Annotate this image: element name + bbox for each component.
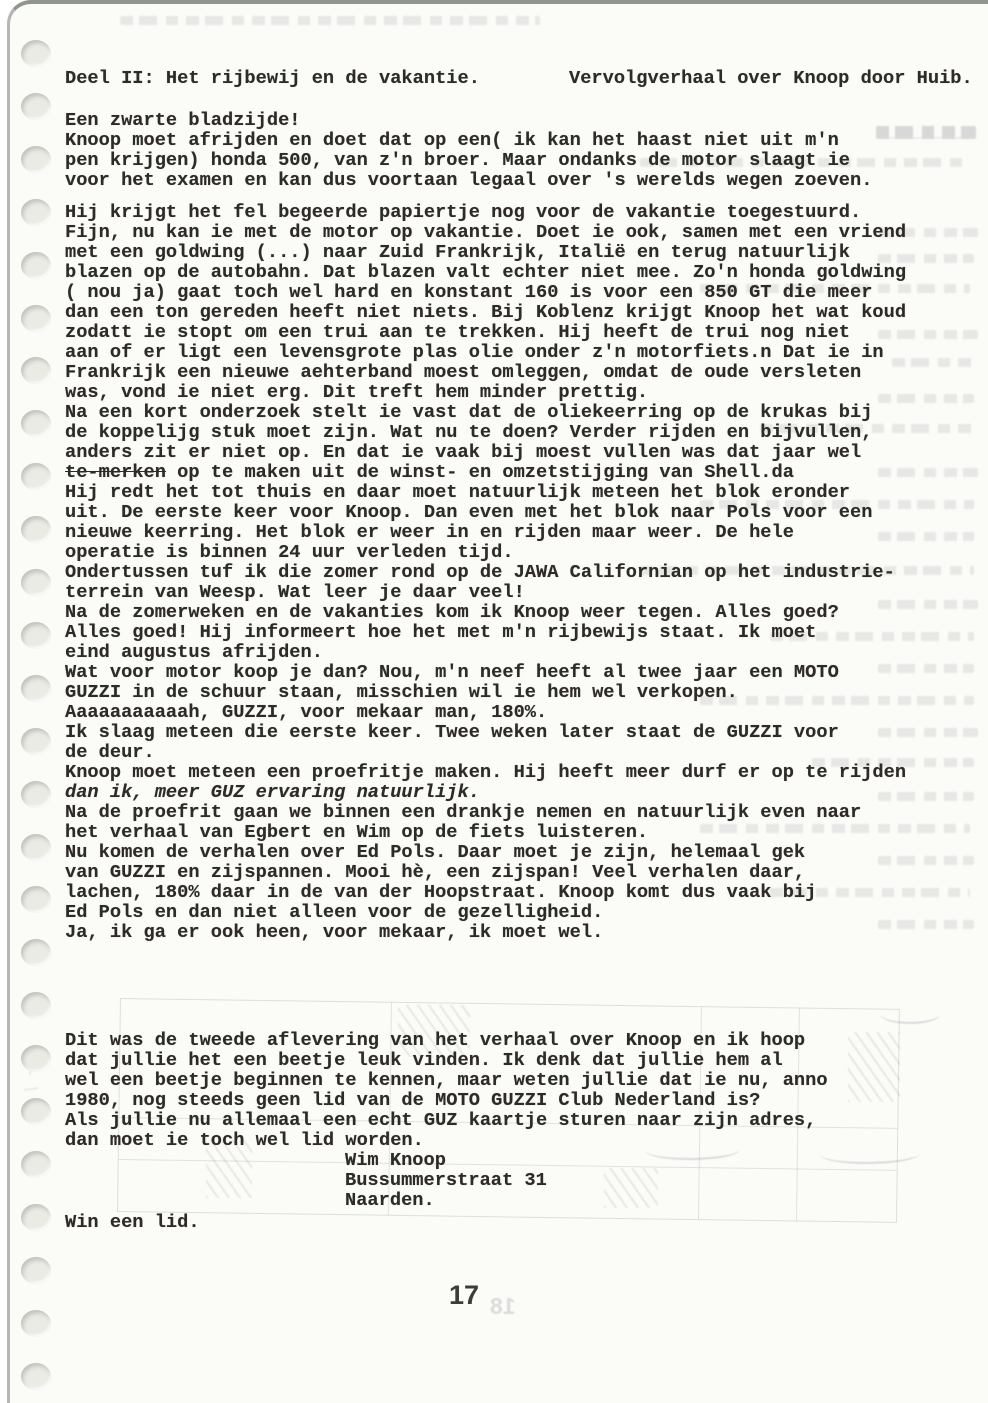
- article-title: Deel II: Het rijbewij en de vakantie.: [65, 68, 480, 88]
- binder-hole: [21, 675, 51, 702]
- binder-hole: [21, 1098, 51, 1125]
- typed-line: Hij redt het tot thuis en daar moet natu…: [65, 482, 906, 502]
- typed-line: met een goldwing (...) naar Zuid Frankri…: [65, 242, 906, 262]
- typed-line: Hij krijgt het fel begeerde papiertje no…: [65, 202, 906, 222]
- typed-line: Wat voor motor koop je dan? Nou, m'n nee…: [65, 662, 906, 682]
- bleed-through-text-line: [878, 856, 974, 865]
- typed-line: anders zit er niet op. En dat ie vaak bi…: [65, 442, 906, 462]
- story-line-italic: dan ik, meer GUZ ervaring natuurlijk.: [65, 782, 480, 802]
- typed-line: Alles goed! Hij informeert hoe het met m…: [65, 622, 906, 642]
- typed-line: Ed Pols en dan niet alleen voor de gezel…: [65, 902, 861, 922]
- typed-line: Knoop moet meteen een proefritje maken. …: [65, 762, 906, 782]
- binder-hole: [21, 834, 51, 861]
- typed-line: uit. De eerste keer voor Knoop. Dan even…: [65, 502, 906, 522]
- typed-line: Knoop moet afrijden en doet dat op een( …: [65, 130, 872, 150]
- binder-hole: [21, 463, 51, 490]
- typed-line: dan een ton gereden heeft niet niets. Bi…: [65, 302, 906, 322]
- typed-line: pen krijgen) honda 500, van z'n broer. M…: [65, 150, 872, 170]
- typed-line: Ja, ik ga er ook heen, voor mekaar, ik m…: [65, 922, 861, 942]
- story-body-paragraph-1: Hij krijgt het fel begeerde papiertje no…: [65, 202, 906, 462]
- binder-hole: [21, 1151, 51, 1178]
- binder-hole: [21, 728, 51, 755]
- typed-line: operatie is binnen 24 uur verleden tijd.: [65, 542, 906, 562]
- signature-line: Naarden.: [345, 1190, 547, 1210]
- story-line-strikethrough: te-merken op te maken uit de winst- en o…: [65, 462, 794, 482]
- binder-hole: [21, 1257, 51, 1284]
- binder-hole: [21, 1045, 51, 1072]
- typed-line: Fijn, nu kan ie met de motor op vakantie…: [65, 222, 906, 242]
- binder-hole: [21, 516, 51, 543]
- story-closing-paragraph: Dit was de tweede aflevering van het ver…: [65, 1030, 828, 1150]
- signature-line: Bussummerstraat 31: [345, 1170, 547, 1190]
- bleed-through-text-line: [876, 126, 976, 139]
- typed-line: was, vond ie niet erg. Dit treft hem min…: [65, 382, 906, 402]
- typed-line: nieuwe keerring. Het blok er weer in en …: [65, 522, 906, 542]
- struck-out-word: te-merken: [65, 461, 166, 483]
- binder-hole: [21, 622, 51, 649]
- binder-hole: [21, 1363, 51, 1390]
- binder-hole: [21, 252, 51, 279]
- typed-line: GUZZI in de schuur staan, misschien wil …: [65, 682, 906, 702]
- bleed-page-number: 18: [490, 1293, 516, 1320]
- footer-slogan: Win een lid.: [65, 1212, 200, 1232]
- page-number: 17: [449, 1280, 479, 1311]
- signature-block: Wim KnoopBussummerstraat 31Naarden.: [345, 1150, 547, 1210]
- typed-line: eind augustus afrijden.: [65, 642, 906, 662]
- typed-line: Ondertussen tuf ik die zomer rond op de …: [65, 562, 906, 582]
- typed-line: de deur.: [65, 742, 906, 762]
- typed-line: Aaaaaaaaaaah, GUZZI, voor mekaar man, 18…: [65, 702, 906, 722]
- typed-line: het verhaal van Egbert en Wim op de fiet…: [65, 822, 861, 842]
- typed-line: voor het examen en kan dus voortaan lega…: [65, 170, 872, 190]
- typed-line: Dit was de tweede aflevering van het ver…: [65, 1030, 828, 1050]
- typed-line: Na de proefrit gaan we binnen een drankj…: [65, 802, 861, 822]
- bleed-through-text-line: [878, 468, 978, 477]
- binder-hole: [21, 40, 51, 67]
- typed-line: Frankrijk een nieuwe aehterband moest om…: [65, 362, 906, 382]
- typed-line: wel een beetje beginnen te kennen, maar …: [65, 1070, 828, 1090]
- typed-line: dat jullie het een beetje leuk vinden. I…: [65, 1050, 828, 1070]
- typed-line: Als jullie nu allemaal een echt GUZ kaar…: [65, 1110, 828, 1130]
- typed-line: Na een kort onderzoek stelt ie vast dat …: [65, 402, 906, 422]
- binder-hole: [21, 992, 51, 1019]
- bleed-through-text-line: [878, 792, 974, 801]
- story-intro-paragraph: Een zwarte bladzijde!Knoop moet afrijden…: [65, 110, 872, 190]
- typed-line: aan of er ligt een levensgrote plas olie…: [65, 342, 906, 362]
- bleed-through-text-line: [878, 920, 974, 929]
- typed-line: Ik slaag meteen die eerste keer. Twee we…: [65, 722, 906, 742]
- signature-line: Wim Knoop: [345, 1150, 547, 1170]
- typed-line: de koppelijg stuk moet zijn. Wat nu te d…: [65, 422, 906, 442]
- bleed-through-text-line: [120, 16, 540, 25]
- typed-line: dan moet ie toch wel lid worden.: [65, 1130, 828, 1150]
- binder-hole: [21, 146, 51, 173]
- binder-hole: [21, 1310, 51, 1337]
- typed-line: Nu komen de verhalen over Ed Pols. Daar …: [65, 842, 861, 862]
- typed-line: ( nou ja) gaat toch wel hard en konstant…: [65, 282, 906, 302]
- binder-hole: [21, 199, 51, 226]
- typed-line: zodatt ie stopt om een trui aan te trekk…: [65, 322, 906, 342]
- scanned-magazine-page: { "page": { "title_left": "Deel II: Het …: [0, 0, 988, 1403]
- binder-hole: [21, 93, 51, 120]
- typed-line: terrein van Weesp. Wat leer je daar veel…: [65, 582, 906, 602]
- typed-line: lachen, 180% daar in de van der Hoopstra…: [65, 882, 861, 902]
- strike-line-rest: op te maken uit de winst- en omzetstijgi…: [166, 461, 794, 483]
- typed-line: Een zwarte bladzijde!: [65, 110, 872, 130]
- story-body-paragraph-2: Hij redt het tot thuis en daar moet natu…: [65, 482, 906, 782]
- typed-line: Na de zomerweken en de vakanties kom ik …: [65, 602, 906, 622]
- article-subtitle: Vervolgverhaal over Knoop door Huib.: [569, 68, 973, 88]
- typed-line: van GUZZI en zijspannen. Mooi hè, een zi…: [65, 862, 861, 882]
- typed-line: blazen op de autobahn. Dat blazen valt e…: [65, 262, 906, 282]
- binder-hole: [21, 569, 51, 596]
- bleed-through-hatch-mark: [604, 1168, 658, 1208]
- story-body-paragraph-3: Na de proefrit gaan we binnen een drankj…: [65, 802, 861, 942]
- binder-hole: [21, 1204, 51, 1231]
- binder-hole: [21, 781, 51, 808]
- binder-hole: [21, 305, 51, 332]
- bleed-through-hatch-mark: [848, 1032, 900, 1102]
- typed-line: 1980, nog steeds geen lid van de MOTO GU…: [65, 1090, 828, 1110]
